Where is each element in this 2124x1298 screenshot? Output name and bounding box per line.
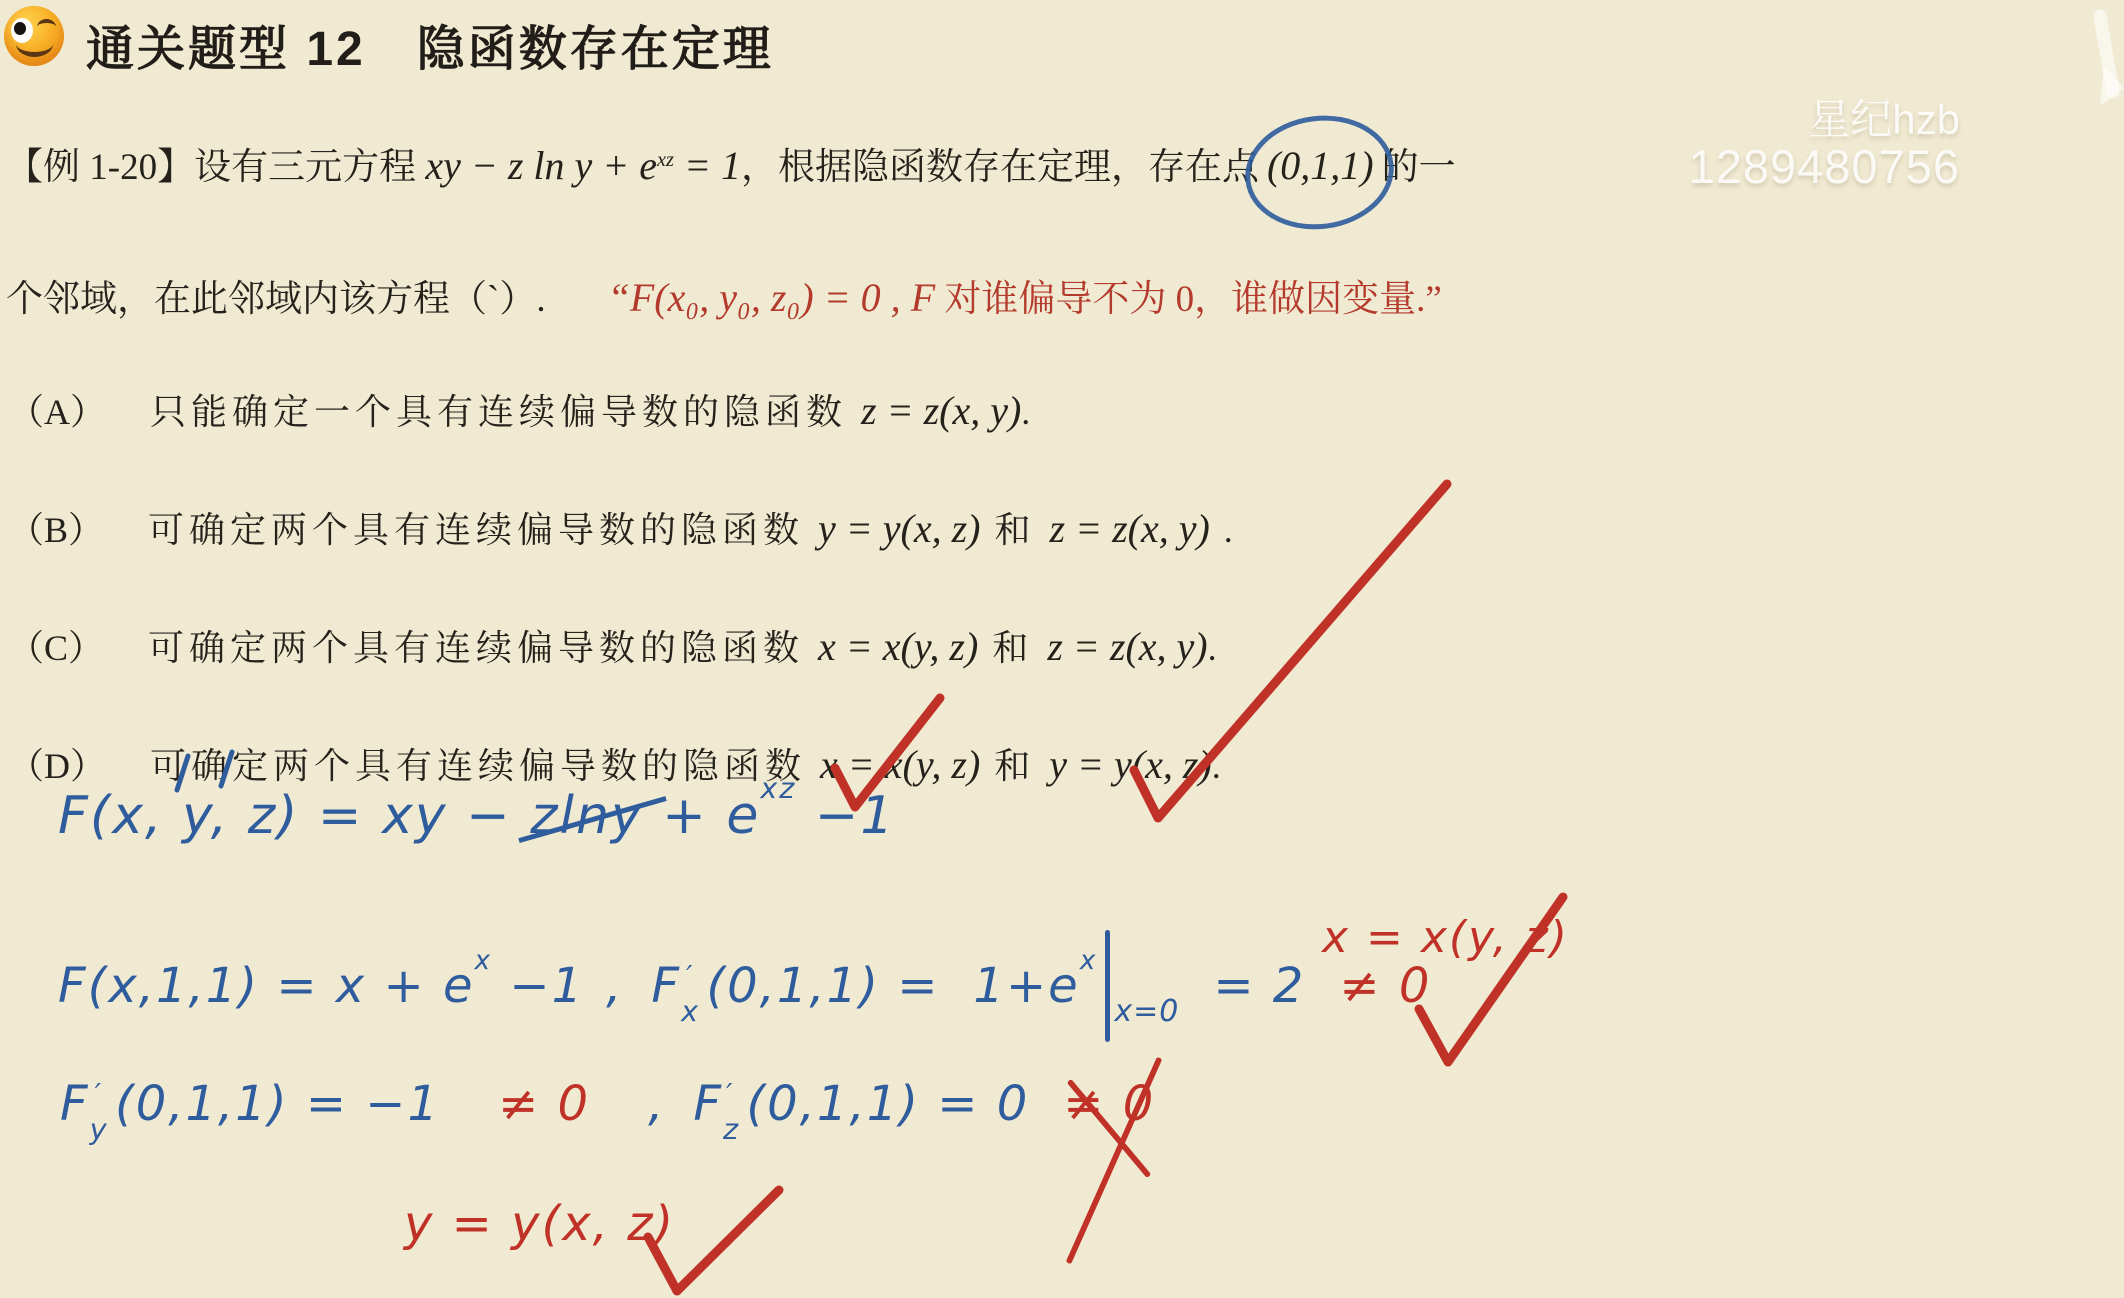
hw2-eval-at: x=0 [1114, 994, 1179, 1029]
option-d-period: . [1212, 746, 1226, 786]
hw3-comma: , [648, 1076, 665, 1132]
hw2-tail: −1 [492, 958, 584, 1014]
watermark: 星纪hzb 1289480756 [1560, 98, 1960, 191]
hw2-fx: F [651, 958, 681, 1014]
option-c-label: （C） [8, 628, 104, 668]
option-a-text: 只能确定一个具有连续偏导数的隐函数 [150, 392, 861, 432]
option-c-math-1: x = x(y, z) [818, 624, 978, 669]
winking-face-icon [4, 6, 64, 66]
hint-text: 对谁偏导不为 0，谁做因变量.” [935, 279, 1442, 320]
option-d-label: （D） [8, 746, 106, 786]
handwriting-line-2: F(x,1,1) = x + ex −1,Fx′(0,1,1) =1+exx=0… [58, 930, 1431, 1042]
hw1-exponent: xz [760, 771, 796, 805]
equation-tail: = 1 [674, 143, 741, 188]
hw3-fy: F [60, 1076, 90, 1132]
hw2-result: = 2 [1213, 958, 1305, 1014]
hw3-fz-prime: ′ [726, 1077, 732, 1110]
hw3-fy-sub: y [90, 1112, 109, 1146]
hw2-fx-prime: ′ [686, 959, 692, 992]
option-c-math-2: z = z(x, y) [1047, 624, 1207, 669]
option-c-joiner: 和 [978, 628, 1047, 668]
hw3-fz: F [693, 1076, 723, 1132]
hw1-struck-term: zlny [530, 786, 643, 846]
problem-line-1: 【例 1-20】设有三元方程 xy − z ln y + exz = 1，根据隐… [6, 136, 1456, 190]
hw2-exp-x: x [474, 945, 492, 976]
handwriting-line-3: Fy′(0,1,1) = −1≠ 0,Fz′(0,1,1) = 0≠ 0 [60, 1076, 1155, 1138]
note-y-equals-y-xz: y = y(x, z) [404, 1196, 675, 1252]
lecture-slide: 通关题型 12 隐函数存在定理 星纪hzb 1289480756 【例 1-20… [0, 0, 2124, 1298]
hw2-eval: 1+e [973, 958, 1079, 1014]
play-logo-icon [2100, 16, 2113, 92]
option-c: （C）可确定两个具有连续偏导数的隐函数 x = x(y, z) 和 z = z(… [8, 620, 1222, 671]
watermark-name: 星纪hzb [1560, 98, 1960, 142]
option-d-math-1: x = x(y, z) [820, 742, 980, 787]
option-c-period: . [1208, 628, 1222, 668]
option-b-joiner: 和 [981, 510, 1050, 550]
option-d-math-2: y = y(x, z) [1049, 742, 1211, 787]
hw3-fz-sub: z [723, 1112, 740, 1146]
example-label: 【例 1-20】 [6, 147, 194, 188]
option-a: （A）只能确定一个具有连续偏导数的隐函数 z = z(x, y). [8, 384, 1035, 435]
problem-mid: ，根据隐函数存在定理，存在点 [741, 147, 1259, 188]
hw2-eval-exp: x [1080, 945, 1098, 976]
note-x-equals-x-yz: x = x(y, z) [1322, 912, 1569, 963]
hw3-fy-prime: ′ [95, 1077, 101, 1110]
option-b: （B）可确定两个具有连续偏导数的隐函数 y = y(x, z) 和 z = z(… [8, 502, 1238, 553]
hw2-f-substituted: F(x,1,1) = x + e [58, 958, 474, 1014]
hint-math: “F(x₀, y₀, z₀) = 0 , [608, 275, 901, 320]
hw3-fz-args: (0,1,1) = 0 [746, 1076, 1029, 1132]
option-b-math-2: z = z(x, y) [1050, 506, 1210, 551]
option-b-text: 可确定两个具有连续偏导数的隐函数 [148, 510, 818, 550]
hw2-fx-args: (0,1,1) = [706, 958, 939, 1014]
option-b-label: （B） [8, 510, 104, 550]
problem-line-2: 个邻域，在此邻域内该方程（ˋ）.“F(x₀, y₀, z₀) = 0 , F 对… [6, 268, 1442, 322]
equation-exponent: xz [657, 149, 674, 171]
hw1-plus: + e [644, 786, 761, 846]
option-d-joiner: 和 [980, 746, 1049, 786]
hw2-nonzero: ≠ 0 [1339, 958, 1431, 1014]
hw3-fy-args: (0,1,1) = −1 [115, 1076, 440, 1132]
problem-line2-text: 个邻域，在此邻域内该方程（ˋ）. [6, 279, 546, 320]
option-a-label: （A） [8, 392, 106, 432]
option-d-text: 可确定两个具有连续偏导数的隐函数 [150, 746, 820, 786]
equation-main: xy − z ln y + e [425, 143, 657, 188]
hw2-fx-sub: x [681, 994, 700, 1028]
option-b-math-1: y = y(x, z) [818, 506, 980, 551]
option-a-period: . [1021, 392, 1035, 432]
option-a-math-1: z = z(x, y) [861, 388, 1021, 433]
evaluation-bar [1105, 930, 1110, 1042]
option-b-period: . [1210, 510, 1238, 550]
hw3-nonzero-1: ≠ 0 [498, 1076, 590, 1132]
hw1-head: F(x, y, z) = xy − [58, 786, 530, 846]
circled-point: (0,1,1) [1259, 142, 1382, 189]
hw3-nonzero-crossed: ≠ 0 [1063, 1076, 1155, 1132]
hw1-tail: −1 [796, 786, 895, 846]
problem-intro: 设有三元方程 [194, 147, 425, 188]
option-d: （D）可确定两个具有连续偏导数的隐函数 x = x(y, z) 和 y = y(… [8, 738, 1226, 789]
emoji-smile [16, 28, 53, 57]
hw2-comma: , [606, 958, 623, 1014]
handwriting-line-1: F(x, y, z) = xy − zlny + exz −1 [58, 786, 895, 846]
watermark-id: 1289480756 [1560, 142, 1960, 191]
play-logo-triangle-icon [2100, 66, 2124, 106]
hint-f: F [901, 275, 935, 320]
option-c-text: 可确定两个具有连续偏导数的隐函数 [148, 628, 818, 668]
page-title: 通关题型 12 隐函数存在定理 [86, 10, 774, 79]
